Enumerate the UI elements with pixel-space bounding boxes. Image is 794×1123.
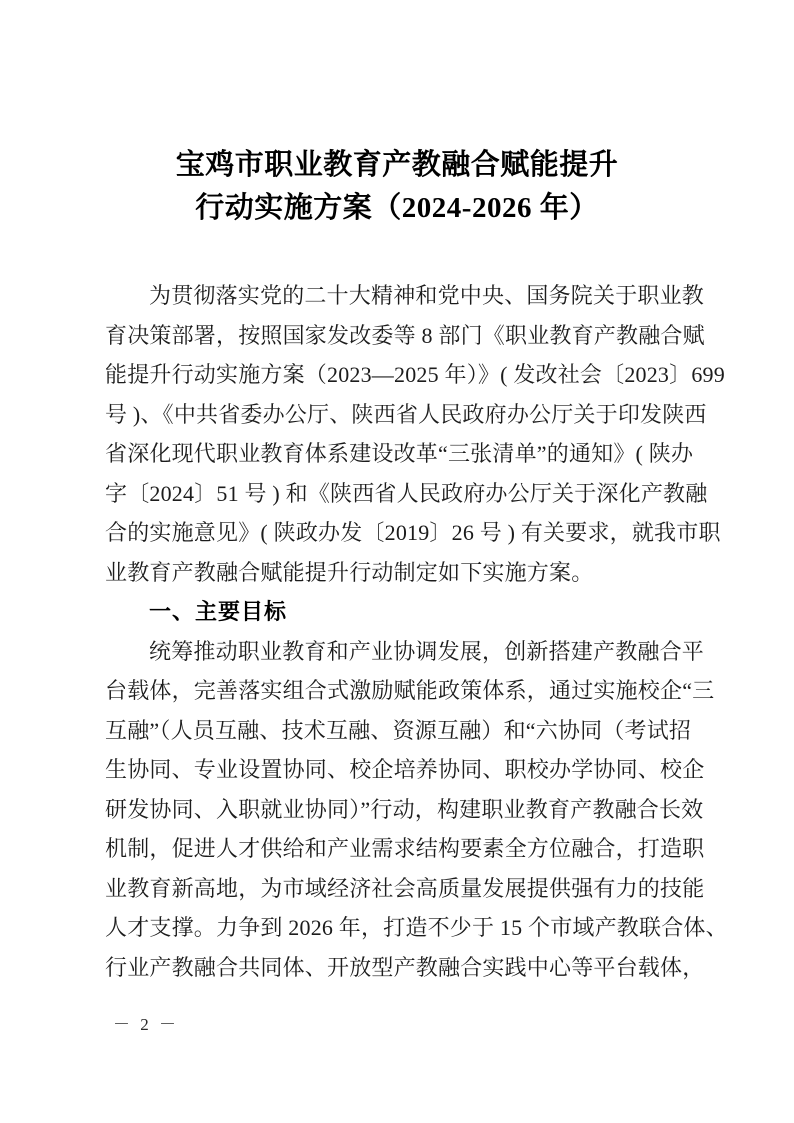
paragraph1-line: 字〔2024〕51 号 ) 和《陕西省人民政府办公厅关于深化产教融 [105, 474, 691, 514]
paragraph1-line: 合的实施意见》( 陕政办发〔2019〕26 号 ) 有关要求，就我市职 [105, 513, 691, 553]
paragraph2-line: 台载体，完善落实组合式激励赋能政策体系，通过实施校企“三 [105, 671, 691, 711]
paragraph1-line: 育决策部署，按照国家发改委等 8 部门《职业教育产教融合赋 [105, 316, 691, 356]
document-body: 为贯彻落实党的二十大精神和党中央、国务院关于职业教 育决策部署，按照国家发改委等… [105, 276, 691, 987]
paragraph1-line: 为贯彻落实党的二十大精神和党中央、国务院关于职业教 [105, 276, 691, 316]
paragraph1-line: 业教育产教融合赋能提升行动制定如下实施方案。 [105, 553, 691, 593]
paragraph1-line: 省深化现代职业教育体系建设改革“三张清单”的通知》( 陕办 [105, 434, 691, 474]
paragraph2-line: 统筹推动职业教育和产业协调发展，创新搭建产教融合平 [105, 632, 691, 672]
paragraph1-line: 能提升行动实施方案（2023—2025 年）》( 发改社会〔2023〕699 [105, 355, 691, 395]
document-title-line-2: 行动实施方案（2024-2026 年） [0, 187, 794, 230]
document-page: 宝鸡市职业教育产教融合赋能提升 行动实施方案（2024-2026 年） 为贯彻落… [0, 0, 794, 1123]
paragraph2-line: 人才支撑。力争到 2026 年，打造不少于 15 个市域产教联合体、 [105, 908, 691, 948]
paragraph2-line: 生协同、专业设置协同、校企培养协同、职校办学协同、校企 [105, 750, 691, 790]
page-number: － 2 － [113, 1010, 179, 1035]
paragraph1-line: 号 )、《中共省委办公厅、陕西省人民政府办公厅关于印发陕西 [105, 395, 691, 435]
section-heading-main-goals: 一、主要目标 [105, 592, 691, 632]
document-title: 宝鸡市职业教育产教融合赋能提升 行动实施方案（2024-2026 年） [0, 144, 794, 230]
paragraph2-line: 行业产教融合共同体、开放型产教融合实践中心等平台载体， [105, 948, 691, 988]
document-title-line-1: 宝鸡市职业教育产教融合赋能提升 [0, 144, 794, 187]
paragraph2-line: 业教育新高地，为市域经济社会高质量发展提供强有力的技能 [105, 869, 691, 909]
paragraph2-line: 互融”（人员互融、技术互融、资源互融）和“六协同（考试招 [105, 711, 691, 751]
paragraph2-line: 研发协同、入职就业协同）”行动，构建职业教育产教融合长效 [105, 790, 691, 830]
paragraph2-line: 机制，促进人才供给和产业需求结构要素全方位融合，打造职 [105, 829, 691, 869]
